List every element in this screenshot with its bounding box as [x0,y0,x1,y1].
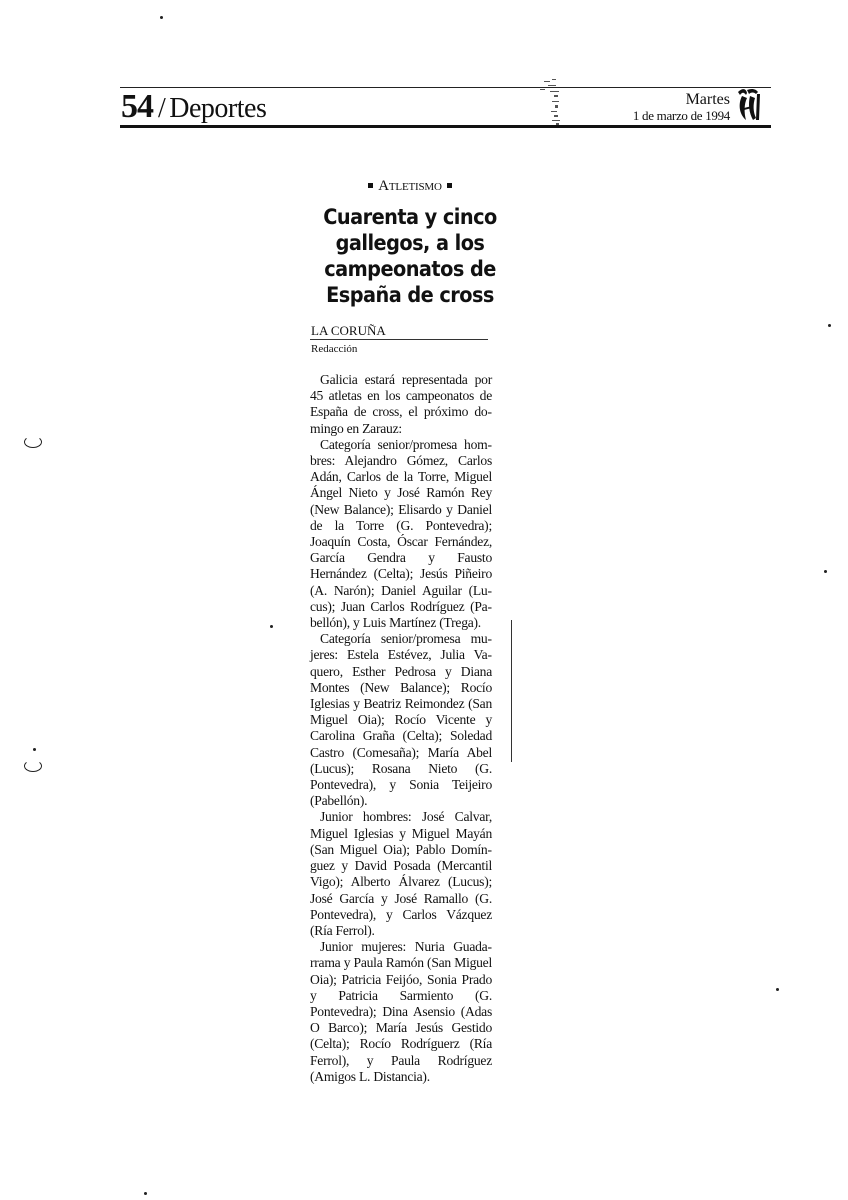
headline-line: gallegos, a los [309,230,511,256]
article-kicker: Atletismo [300,176,520,196]
byline-author: Redacción [311,342,357,356]
byline-city: LA CORUÑA [311,323,386,338]
header-date: 1 de marzo de 1994 [590,108,730,123]
header-day: Martes [610,91,730,109]
article-paragraph: Categoría senior/promesa mu­jeres: Estel… [310,631,492,809]
section-title: /Deportes [158,92,266,126]
punch-hole-mark-icon [24,436,42,448]
headline-line: España de cross [309,282,511,308]
article-headline: Cuarenta y cinco gallegos, a los campeon… [309,204,511,308]
scan-noise-icon [530,75,570,127]
article-paragraph: Junior hombres: José Calvar, Miguel Igle… [310,809,492,939]
article-body: Galicia estará representada por 45 atlet… [310,372,492,1085]
article-paragraph: Galicia estará representada por 45 atlet… [310,372,492,437]
scan-dot-icon [33,748,36,751]
scan-dot-icon [776,988,779,991]
byline-rule [310,339,488,340]
kicker-text: Atletismo [378,178,441,194]
section-name: Deportes [169,93,266,124]
bullet-square-icon [368,183,373,188]
scan-dot-icon [160,16,163,19]
scan-dot-icon [270,625,273,628]
headline-line: campeonatos de [309,256,511,282]
page-number: 54 [121,88,153,126]
header-bottom-rule [120,125,771,128]
scan-dot-icon [828,324,831,327]
bullet-square-icon [447,183,452,188]
newspaper-logo-icon [734,86,764,124]
header-top-rule [120,87,771,88]
section-separator: / [158,93,165,124]
headline-line: Cuarenta y cinco [309,204,511,230]
scan-dot-icon [144,1192,147,1195]
article-paragraph: Categoría senior/promesa hom­bres: Aleja… [310,437,492,631]
scan-dot-icon [824,570,827,573]
article-paragraph: Junior mujeres: Nuria Guada­rrama y Paul… [310,939,492,1085]
punch-hole-mark-icon [24,760,42,772]
column-rule [511,620,512,762]
